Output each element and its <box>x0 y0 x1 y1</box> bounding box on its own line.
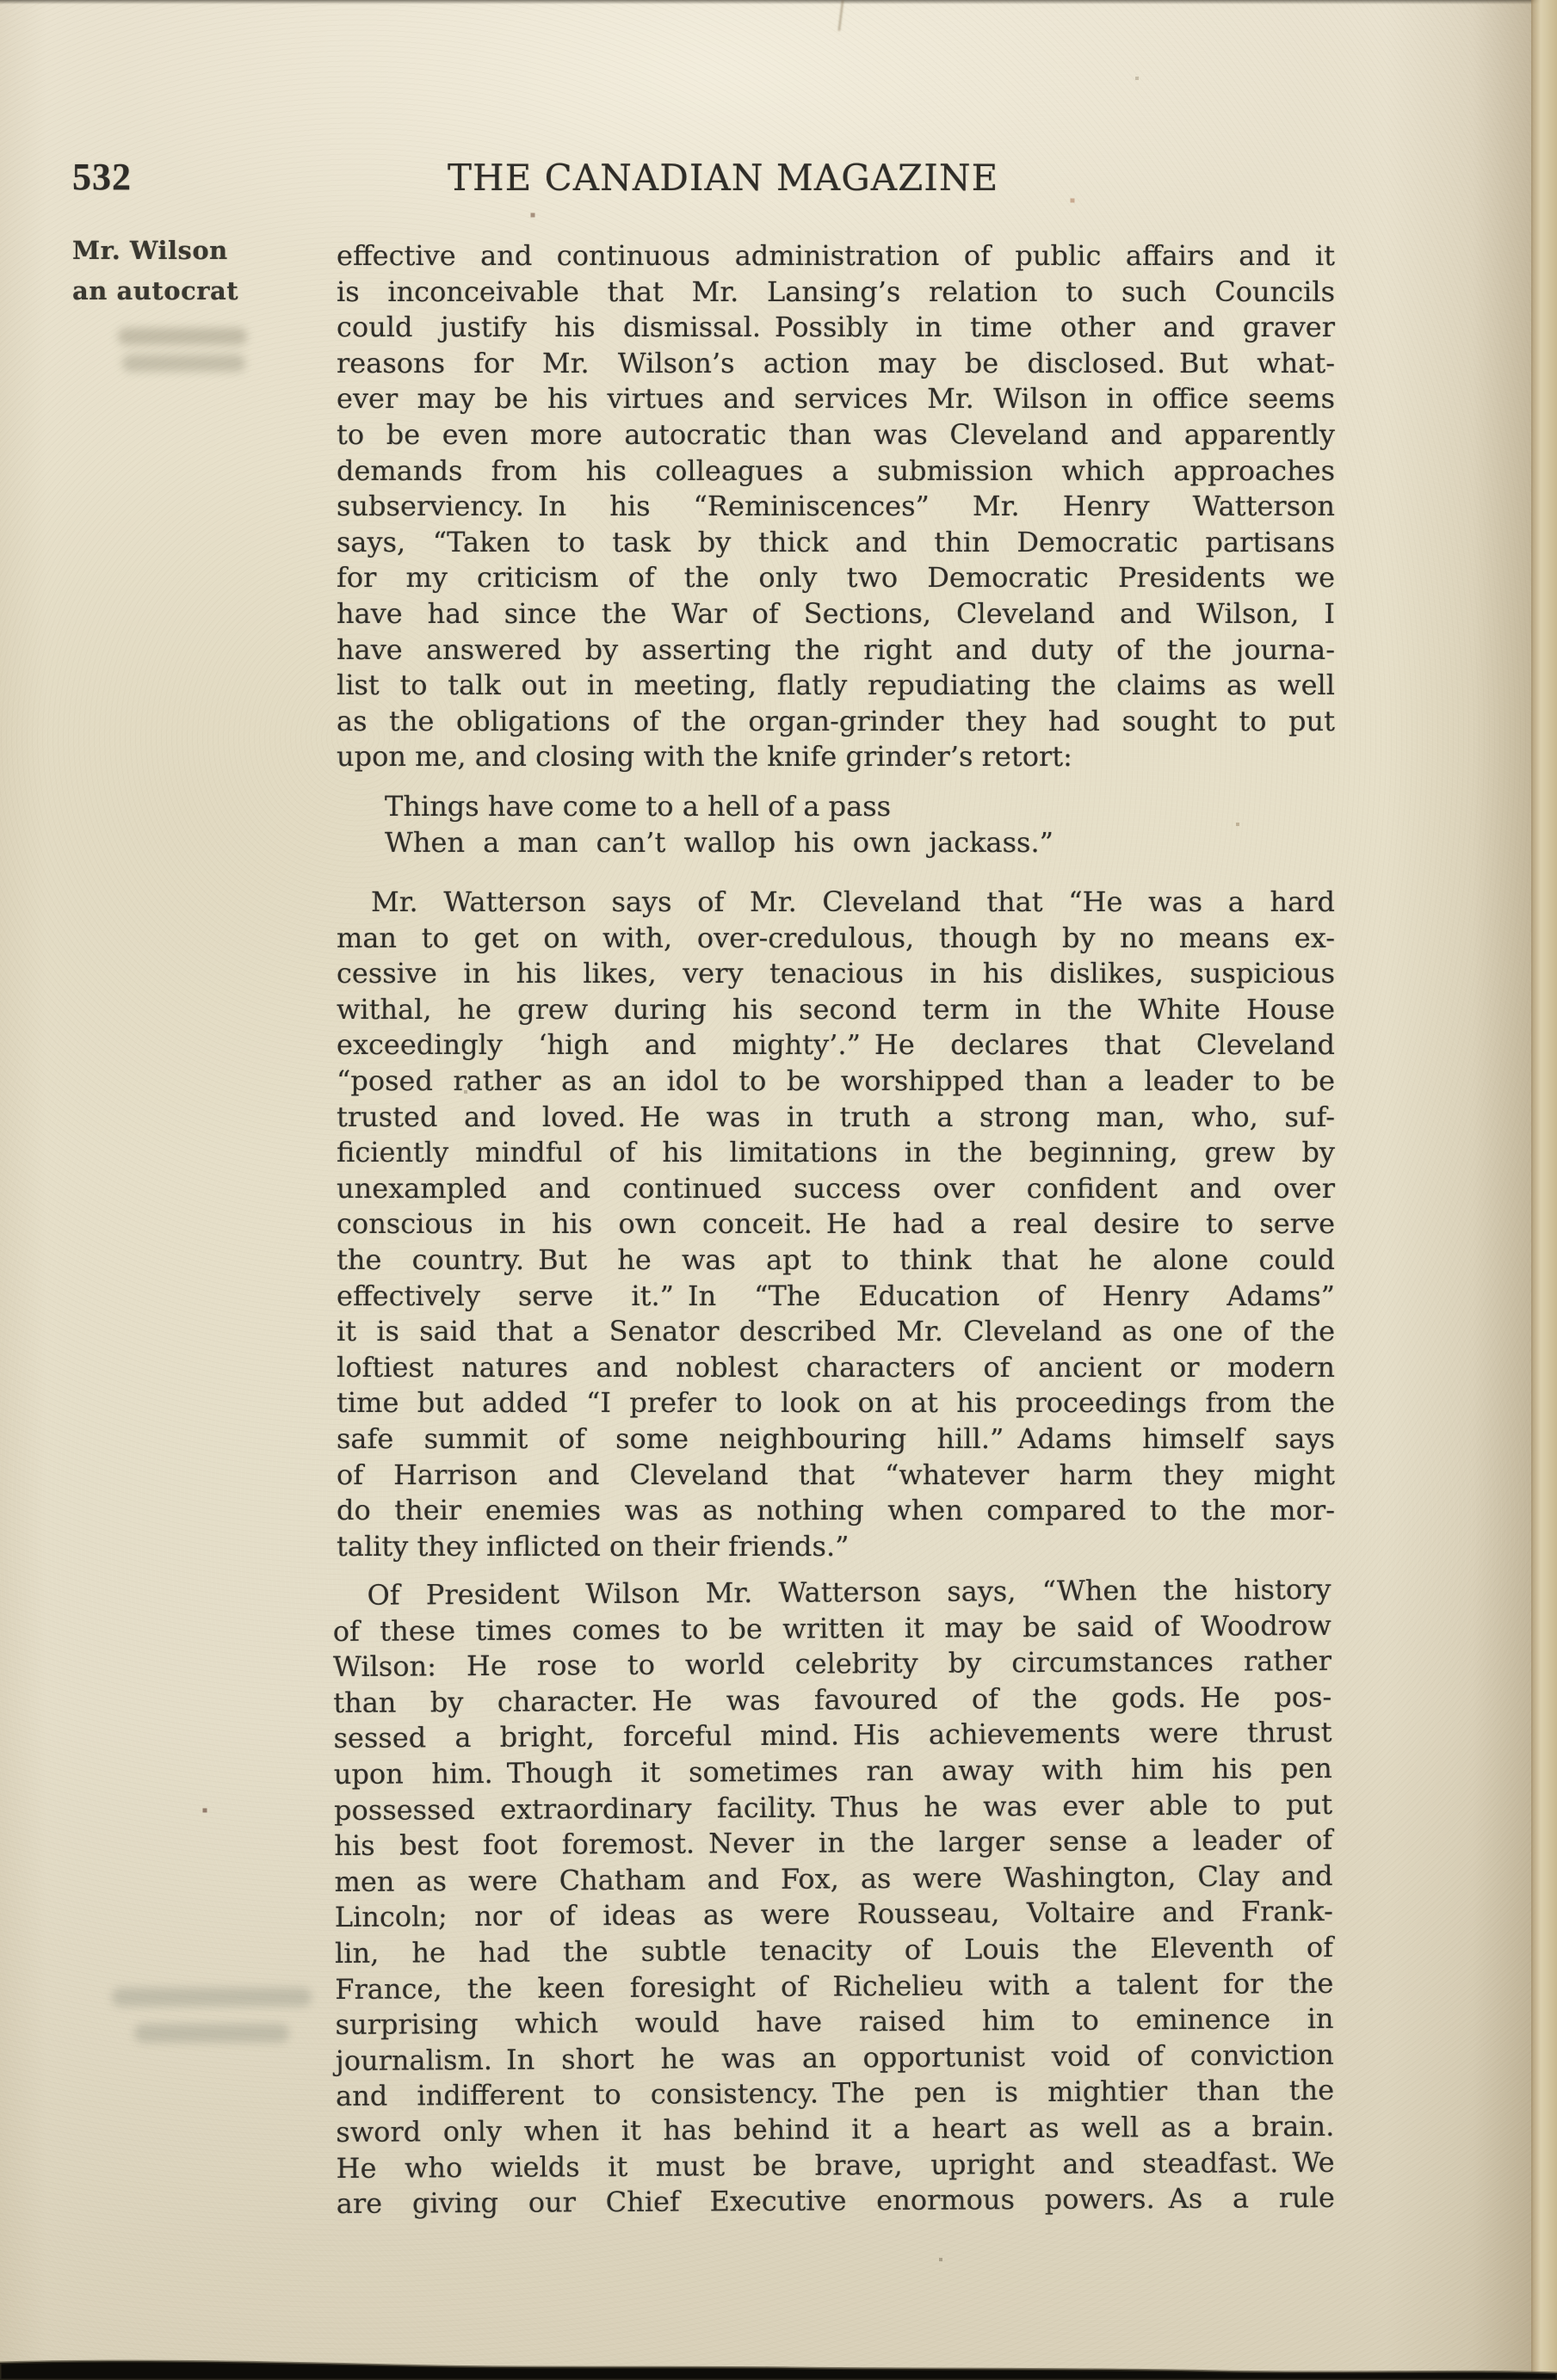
text-line: as the obligations of the organ-grinder … <box>337 704 1335 740</box>
text-line: Of President Wilson Mr. Watterson says, … <box>332 1572 1331 1614</box>
text-line: the country. But he was apt to think tha… <box>337 1242 1335 1279</box>
text-line: time but added “I prefer to look on at h… <box>337 1385 1335 1421</box>
text-line: sword only when it has behind it a heart… <box>336 2109 1334 2151</box>
ink-showthrough <box>134 2024 289 2043</box>
text-line: surprising which would have raised him t… <box>335 2001 1333 2044</box>
ink-showthrough <box>112 1988 312 2007</box>
paragraph-continuation: effective and continuous administration … <box>337 238 1335 775</box>
page-right-edge <box>1531 0 1557 2380</box>
text-line: says, “Taken to task by thick and thin D… <box>337 525 1335 561</box>
text-line: demands from his colleagues a submission… <box>337 453 1335 490</box>
text-line: Mr. Watterson says of Mr. Cleveland that… <box>337 885 1335 921</box>
text-line: withal, he grew during his second term i… <box>337 992 1335 1028</box>
text-line: is inconceivable that Mr. Lansing’s rela… <box>337 274 1335 311</box>
text-line: trusted and loved. He was in truth a str… <box>337 1100 1335 1136</box>
text-line: Things have come to a hell of a pass <box>385 789 1335 825</box>
text-line: man to get on with, over-credulous, thou… <box>337 921 1335 957</box>
text-line: When a man can’t wallop his own jackass.… <box>385 825 1335 861</box>
text-line: cessive in his likes, very tenacious in … <box>337 956 1335 992</box>
article-text-column: effective and continuous administration … <box>337 238 1335 2223</box>
text-line: lin, he had the subtle tenacity of Louis… <box>335 1930 1333 1972</box>
dust-specks <box>0 0 2 2</box>
ink-showthrough <box>122 355 245 372</box>
black-band-shape <box>0 2361 1557 2380</box>
page-curl-shadow <box>1473 0 1533 2380</box>
text-line: subserviency. In his “Reminiscences” Mr.… <box>337 489 1335 525</box>
text-line: unexampled and continued success over co… <box>337 1171 1335 1207</box>
text-line: his best foot foremost. Never in the lar… <box>334 1822 1332 1865</box>
paragraph-wilson: Of President Wilson Mr. Watterson says, … <box>332 1572 1335 2223</box>
page-number: 532 <box>72 155 132 199</box>
text-line: tality they inflicted on their friends.” <box>337 1529 1335 1565</box>
text-line: to be even more autocratic than was Clev… <box>337 417 1335 453</box>
scan-bottom-black-band <box>0 2315 1557 2380</box>
text-line: do their enemies was as nothing when com… <box>337 1493 1335 1529</box>
sidenote-line-1: Mr. Wilson <box>72 231 296 271</box>
text-line: of Harrison and Cleveland that “whatever… <box>337 1458 1335 1494</box>
text-line: it is said that a Senator described Mr. … <box>337 1314 1335 1350</box>
text-line: upon me, and closing with the knife grin… <box>337 739 1335 775</box>
ink-showthrough <box>118 328 247 345</box>
text-line: Wilson: He rose to world celebrity by ci… <box>333 1643 1331 1686</box>
text-line: reasons for Mr. Wilson’s action may be d… <box>337 346 1335 382</box>
scanned-magazine-page: 532 THE CANADIAN MAGAZINE Mr. Wilson an … <box>0 0 1557 2380</box>
text-line: loftiest natures and noblest characters … <box>337 1350 1335 1386</box>
text-line: exceedingly ‘high and mighty’.” He decla… <box>337 1027 1335 1064</box>
text-line: for my criticism of the only two Democra… <box>337 560 1335 596</box>
text-line: have had since the War of Sections, Clev… <box>337 596 1335 632</box>
text-line: have answered by asserting the right and… <box>337 632 1335 669</box>
verse-quotation: Things have come to a hell of a passWhen… <box>385 789 1335 860</box>
text-line: could justify his dismissal. Possibly in… <box>337 310 1335 346</box>
text-line: effective and continuous administration … <box>337 238 1335 274</box>
text-line: “posed rather as an idol to be worshippe… <box>337 1064 1335 1100</box>
text-line: effectively serve it.” In “The Education… <box>337 1279 1335 1315</box>
margin-sidenote: Mr. Wilson an autocrat <box>72 231 296 311</box>
text-line: ever may be his virtues and services Mr.… <box>337 381 1335 417</box>
text-line: list to talk out in meeting, flatly repu… <box>337 668 1335 704</box>
text-line: are giving our Chief Executive enormous … <box>337 2180 1335 2223</box>
paragraph-cleveland: Mr. Watterson says of Mr. Cleveland that… <box>337 885 1335 1564</box>
text-line: safe summit of some neighbouring hill.” … <box>337 1421 1335 1458</box>
scan-top-edge <box>0 0 1557 4</box>
text-line: upon him. Though it sometimes ran away w… <box>334 1751 1332 1793</box>
paper-crease <box>838 0 843 31</box>
text-line: conscious in his own conceit. He had a r… <box>337 1206 1335 1242</box>
sidenote-line-2: an autocrat <box>72 271 296 311</box>
running-header-title: THE CANADIAN MAGAZINE <box>448 157 981 199</box>
text-line: ficiently mindful of his limitations in … <box>337 1135 1335 1171</box>
